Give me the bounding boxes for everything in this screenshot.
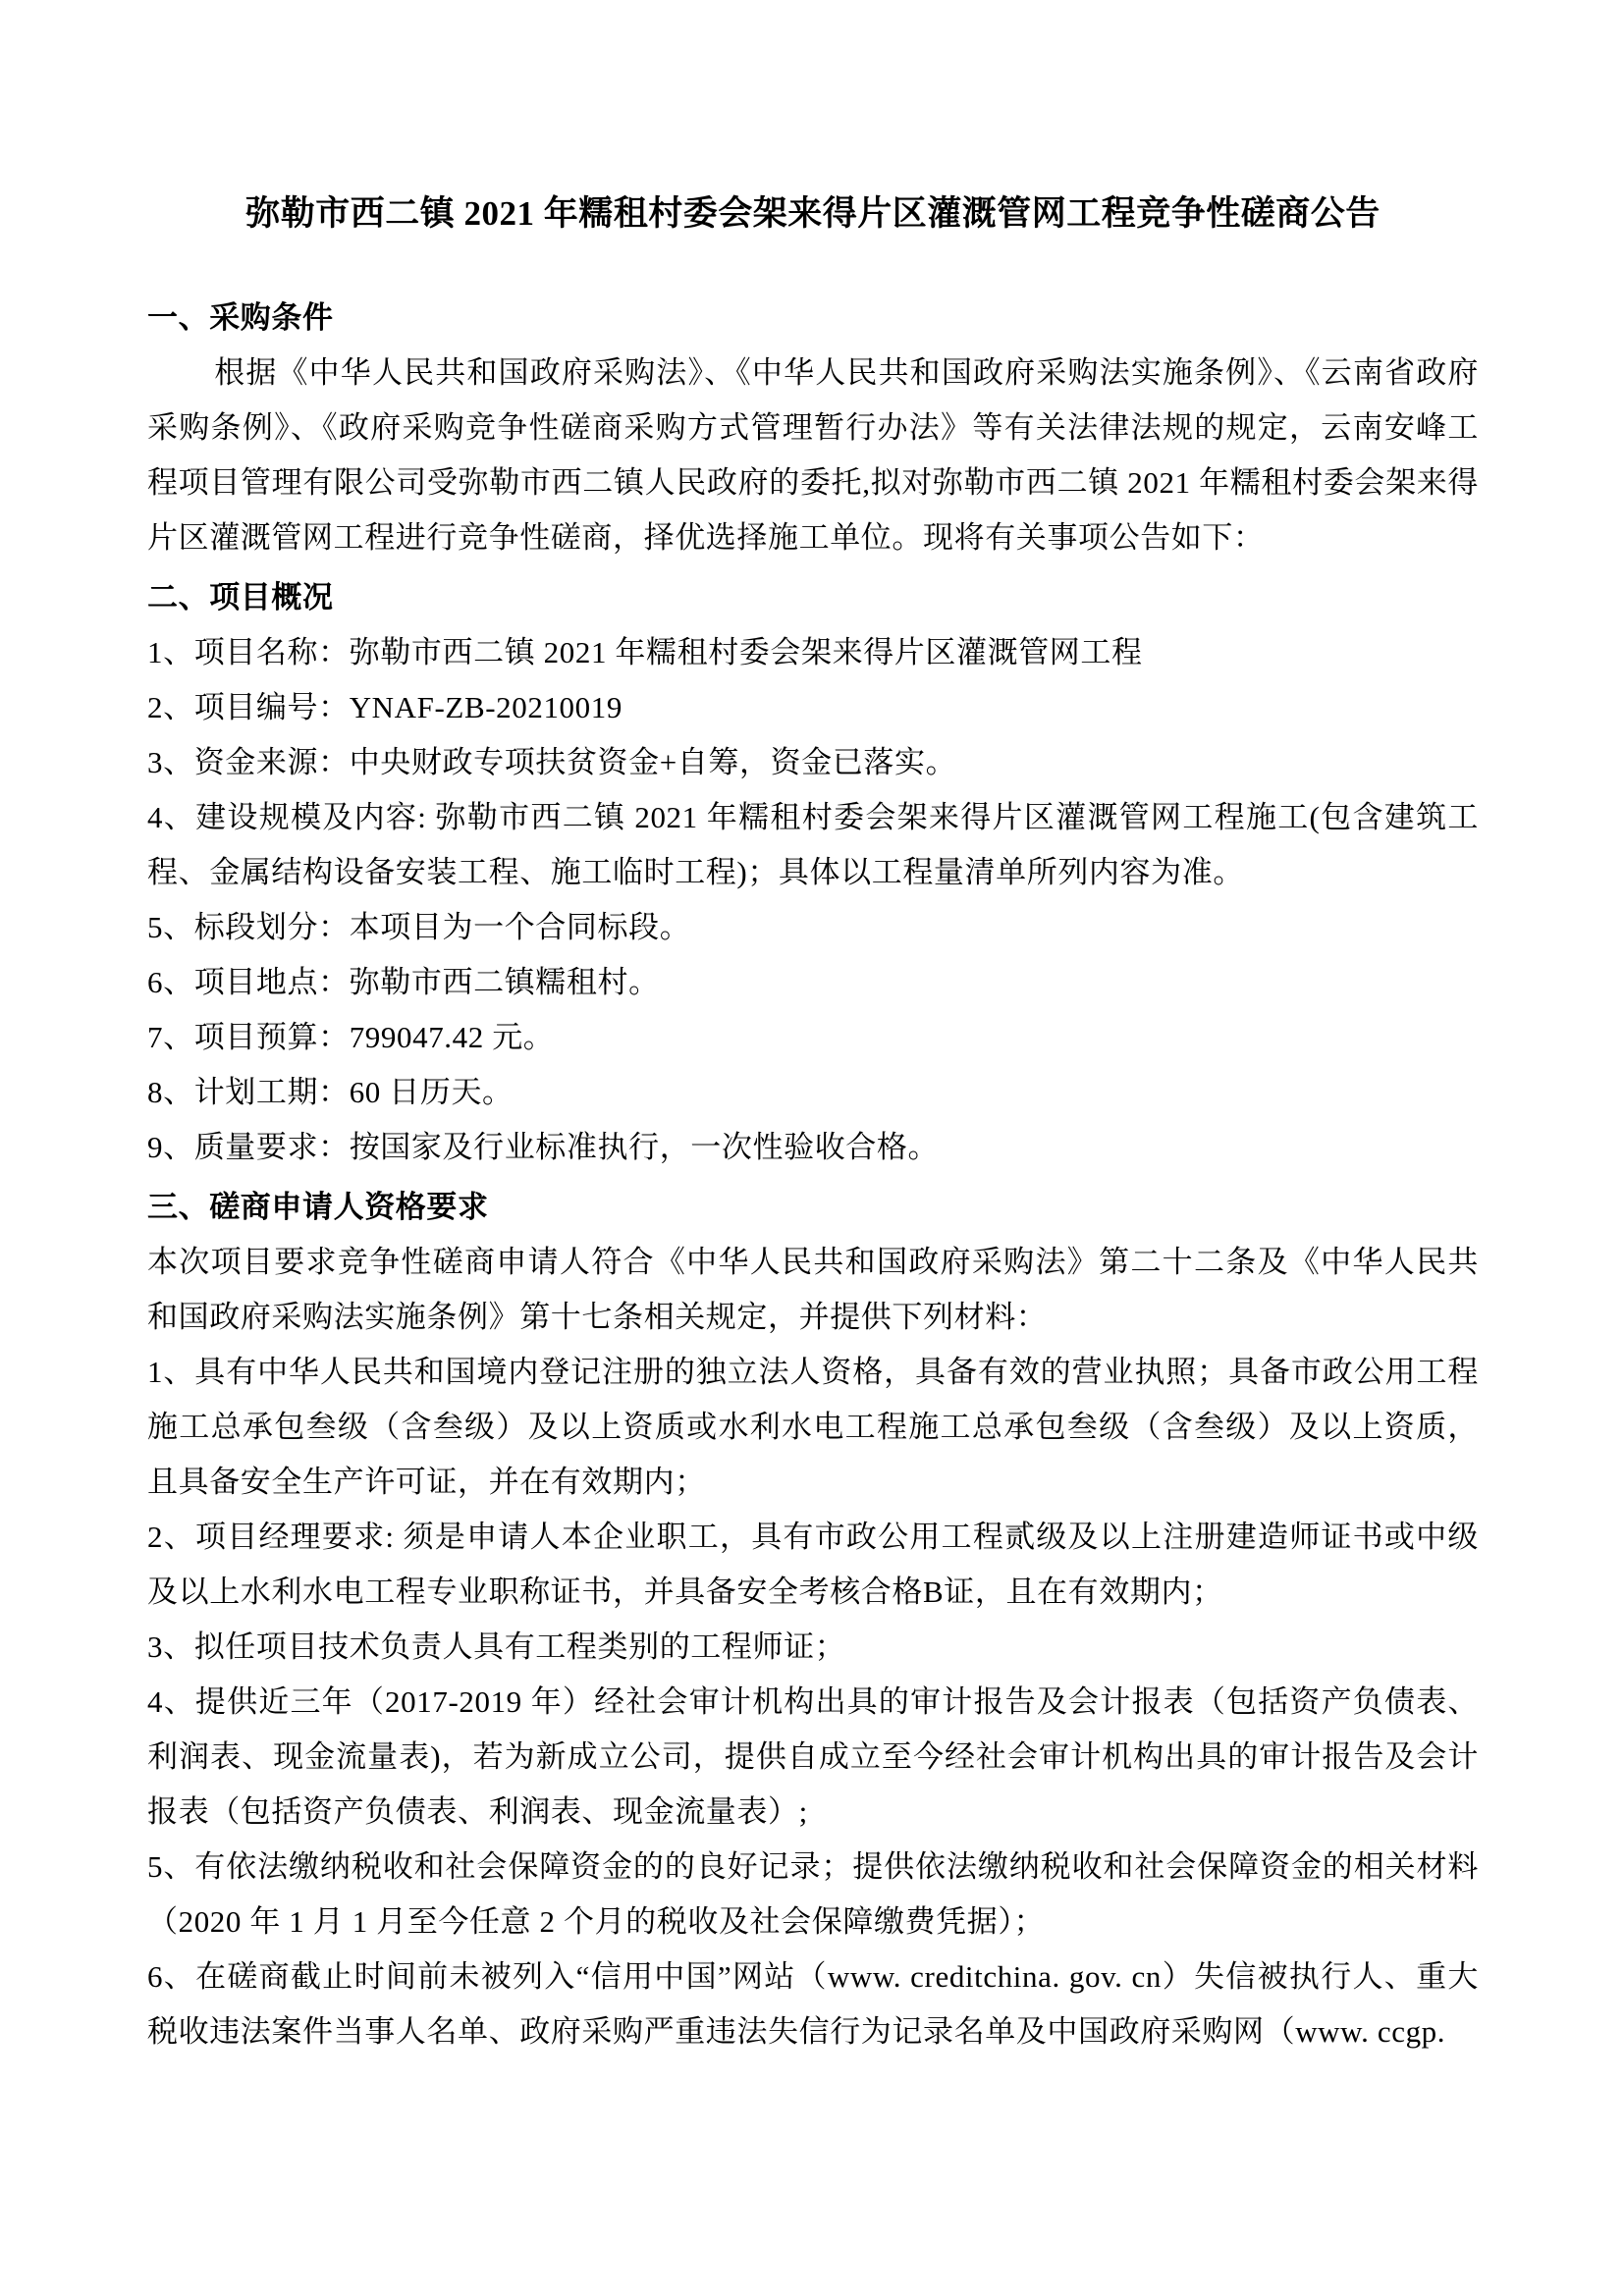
qualification-intro-paragraph: 本次项目要求竞争性磋商申请人符合《中华人民共和国政府采购法》第二十二条及《中华人… <box>147 1235 1479 1345</box>
item-funding-source: 3、资金来源：中央财政专项扶贫资金+自筹，资金已落实。 <box>147 735 1479 790</box>
purchase-conditions-paragraph: 根据《中华人民共和国政府采购法》、《中华人民共和国政府采购法实施条例》、《云南省… <box>147 346 1479 565</box>
document-title: 弥勒市西二镇 2021 年糯租村委会架来得片区灌溉管网工程竞争性磋商公告 <box>147 187 1479 241</box>
item-project-budget: 7、项目预算：799047.42 元。 <box>147 1010 1479 1065</box>
req-technical-director: 3、拟任项目技术负责人具有工程类别的工程师证； <box>147 1620 1479 1675</box>
section-3-heading: 三、磋商申请人资格要求 <box>147 1180 1479 1235</box>
item-planned-duration: 8、计划工期：60 日历天。 <box>147 1065 1479 1120</box>
req-credit-record: 6、在磋商截止时间前未被列入“信用中国”网站（www. creditchina.… <box>147 1949 1479 2059</box>
item-project-name: 1、项目名称：弥勒市西二镇 2021 年糯租村委会架来得片区灌溉管网工程 <box>147 625 1479 680</box>
section-2-heading: 二、项目概况 <box>147 570 1479 625</box>
req-project-manager: 2、项目经理要求: 须是申请人本企业职工，具有市政公用工程贰级及以上注册建造师证… <box>147 1510 1479 1620</box>
req-audit-report: 4、提供近三年（2017-2019 年）经社会审计机构出具的审计报告及会计报表（… <box>147 1675 1479 1840</box>
item-quality-requirement: 9、质量要求：按国家及行业标准执行，一次性验收合格。 <box>147 1120 1479 1175</box>
item-project-number: 2、项目编号：YNAF-ZB-20210019 <box>147 680 1479 735</box>
req-legal-qualification: 1、具有中华人民共和国境内登记注册的独立法人资格，具备有效的营业执照；具备市政公… <box>147 1345 1479 1510</box>
req-tax-social-security: 5、有依法缴纳税收和社会保障资金的的良好记录；提供依法缴纳税收和社会保障资金的相… <box>147 1840 1479 1949</box>
section-1-heading: 一、采购条件 <box>147 291 1479 346</box>
item-project-location: 6、项目地点：弥勒市西二镇糯租村。 <box>147 955 1479 1010</box>
document-page: 弥勒市西二镇 2021 年糯租村委会架来得片区灌溉管网工程竞争性磋商公告 一、采… <box>0 0 1624 2296</box>
item-section-division: 5、标段划分：本项目为一个合同标段。 <box>147 900 1479 955</box>
item-scale-and-content: 4、建设规模及内容: 弥勒市西二镇 2021 年糯租村委会架来得片区灌溉管网工程… <box>147 790 1479 900</box>
